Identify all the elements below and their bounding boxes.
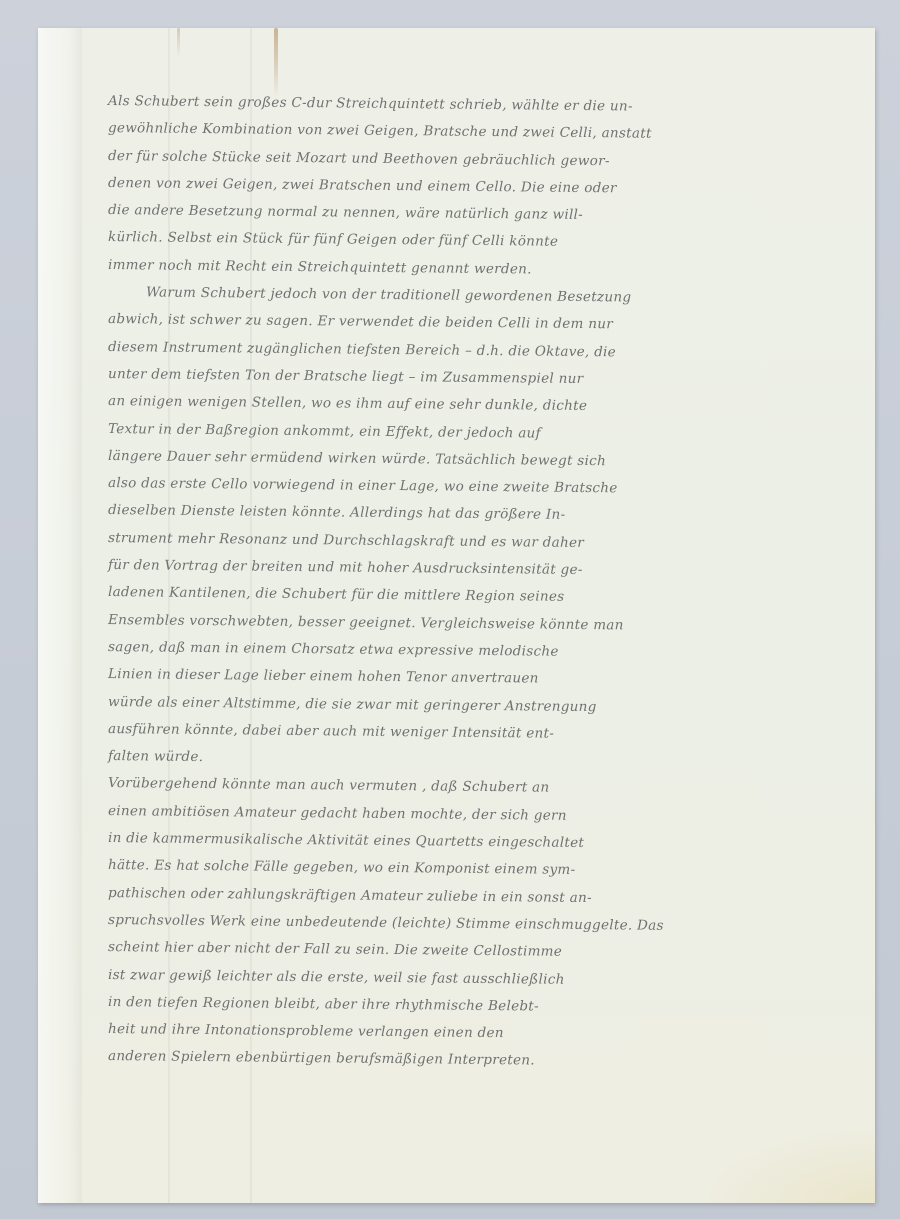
paragraph-3: Vorübergehend könnte man auch vermuten ,… bbox=[108, 770, 808, 1070]
paragraph-1: Als Schubert sein großes C-dur Streichqu… bbox=[108, 88, 808, 279]
paper-discoloration bbox=[695, 1123, 875, 1203]
tape-stain bbox=[177, 28, 180, 58]
paragraph-2: Warum Schubert jedoch von der traditione… bbox=[108, 279, 808, 770]
left-fold-edge bbox=[38, 28, 82, 1203]
handwritten-text: Als Schubert sein großes C-dur Streichqu… bbox=[108, 88, 808, 1071]
